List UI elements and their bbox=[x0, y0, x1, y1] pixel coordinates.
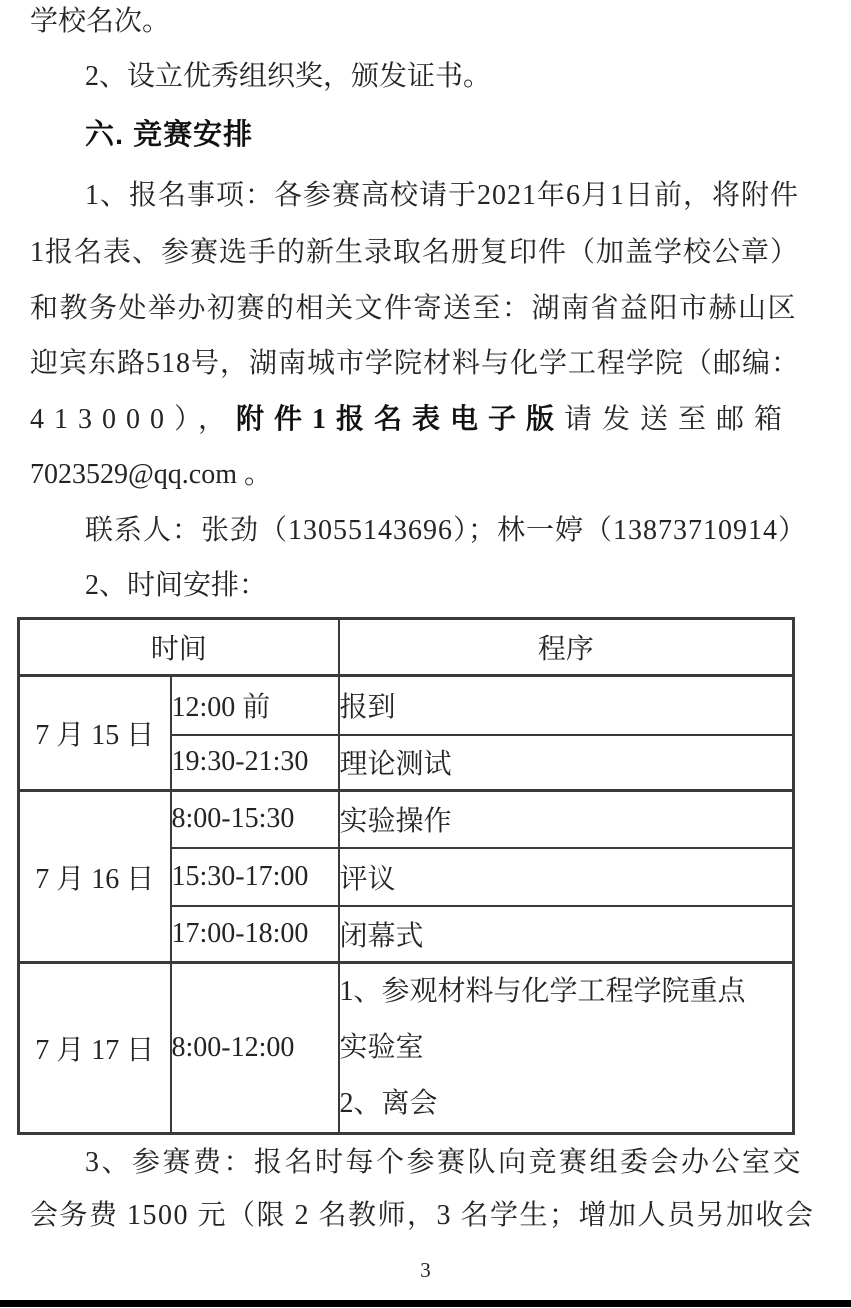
cell-date-jul16: 7 月 16 日 bbox=[19, 791, 171, 963]
paragraph-registration-line-1: 1、报名事项：各参赛高校请于2021年6月1日前，将附件 bbox=[85, 179, 799, 215]
paragraph-registration-line-3: 和教务处举办初赛的相关文件寄送至：湖南省益阳市赫山区 bbox=[30, 292, 797, 328]
program-visit-line-2: 实验室 bbox=[340, 1020, 793, 1076]
program-visit-line-1: 1、参观材料与化学工程学院重点 bbox=[340, 964, 793, 1020]
paragraph-registration-line-5: 413000），附件1报名表电子版请发送至邮箱 bbox=[30, 403, 792, 439]
cell-program-closing: 闭幕式 bbox=[339, 906, 794, 963]
cell-time-review: 15:30-17:00 bbox=[171, 848, 339, 906]
table-row: 7 月 17 日 8:00-12:00 1、参观材料与化学工程学院重点 实验室 … bbox=[19, 963, 794, 1134]
cell-date-jul15: 7 月 15 日 bbox=[19, 676, 171, 791]
cell-program-review: 评议 bbox=[339, 848, 794, 906]
schedule-header-time: 时间 bbox=[19, 619, 339, 676]
postal-code-text: 413000）， bbox=[30, 404, 236, 435]
fee-paragraph-line-2: 会务费 1500 元（限 2 名教师，3 名学生；增加人员另加收会 bbox=[30, 1199, 815, 1235]
cell-time-visit: 8:00-12:00 bbox=[171, 963, 339, 1134]
schedule-intro-line: 2、时间安排： bbox=[85, 569, 267, 605]
paragraph-line-carryover: 学校名次。 bbox=[30, 5, 170, 41]
cell-program-theory-test: 理论测试 bbox=[339, 735, 794, 791]
cell-time-registration: 12:00 前 bbox=[171, 676, 339, 735]
contact-line: 联系人：张劲（13055143696）；林一婷（13873710914） bbox=[85, 514, 807, 550]
section-heading: 六. 竞赛安排 bbox=[85, 118, 253, 154]
attachment-bold-text: 附件1报名表电子版 bbox=[236, 404, 564, 435]
cell-program-experiment: 实验操作 bbox=[339, 791, 794, 848]
fee-paragraph-line-1: 3、参赛费：报名时每个参赛队向竞赛组委会办公室交 bbox=[85, 1146, 803, 1182]
page-number: 3 bbox=[0, 1258, 851, 1283]
page-bottom-edge-bar bbox=[0, 1300, 851, 1307]
cell-program-visit: 1、参观材料与化学工程学院重点 实验室 2、离会 bbox=[339, 963, 794, 1134]
document-page: 学校名次。 2、设立优秀组织奖，颁发证书。 六. 竞赛安排 1、报名事项：各参赛… bbox=[0, 0, 851, 1308]
cell-time-experiment: 8:00-15:30 bbox=[171, 791, 339, 848]
cell-time-theory-test: 19:30-21:30 bbox=[171, 735, 339, 791]
cell-date-jul17: 7 月 17 日 bbox=[19, 963, 171, 1134]
cell-program-registration: 报到 bbox=[339, 676, 794, 735]
cell-time-closing: 17:00-18:00 bbox=[171, 906, 339, 963]
paragraph-registration-line-2: 1报名表、参赛选手的新生录取名册复印件（加盖学校公章） bbox=[30, 236, 799, 272]
email-address-text: 7023529@qq.com 。 bbox=[30, 458, 272, 494]
program-visit-line-3: 2、离会 bbox=[340, 1076, 793, 1132]
paragraph-line-award: 2、设立优秀组织奖，颁发证书。 bbox=[85, 60, 491, 96]
table-row: 7 月 16 日 8:00-15:30 实验操作 bbox=[19, 791, 794, 848]
paragraph-registration-line-4: 迎宾东路518号，湖南城市学院材料与化学工程学院（邮编： bbox=[30, 347, 800, 383]
table-row: 7 月 15 日 12:00 前 报到 bbox=[19, 676, 794, 735]
send-to-mailbox-text: 请发送至邮箱 bbox=[564, 404, 792, 435]
schedule-header-program: 程序 bbox=[339, 619, 794, 676]
schedule-table: 时间 程序 7 月 15 日 12:00 前 报到 19:30-21:30 理论… bbox=[17, 617, 795, 1135]
